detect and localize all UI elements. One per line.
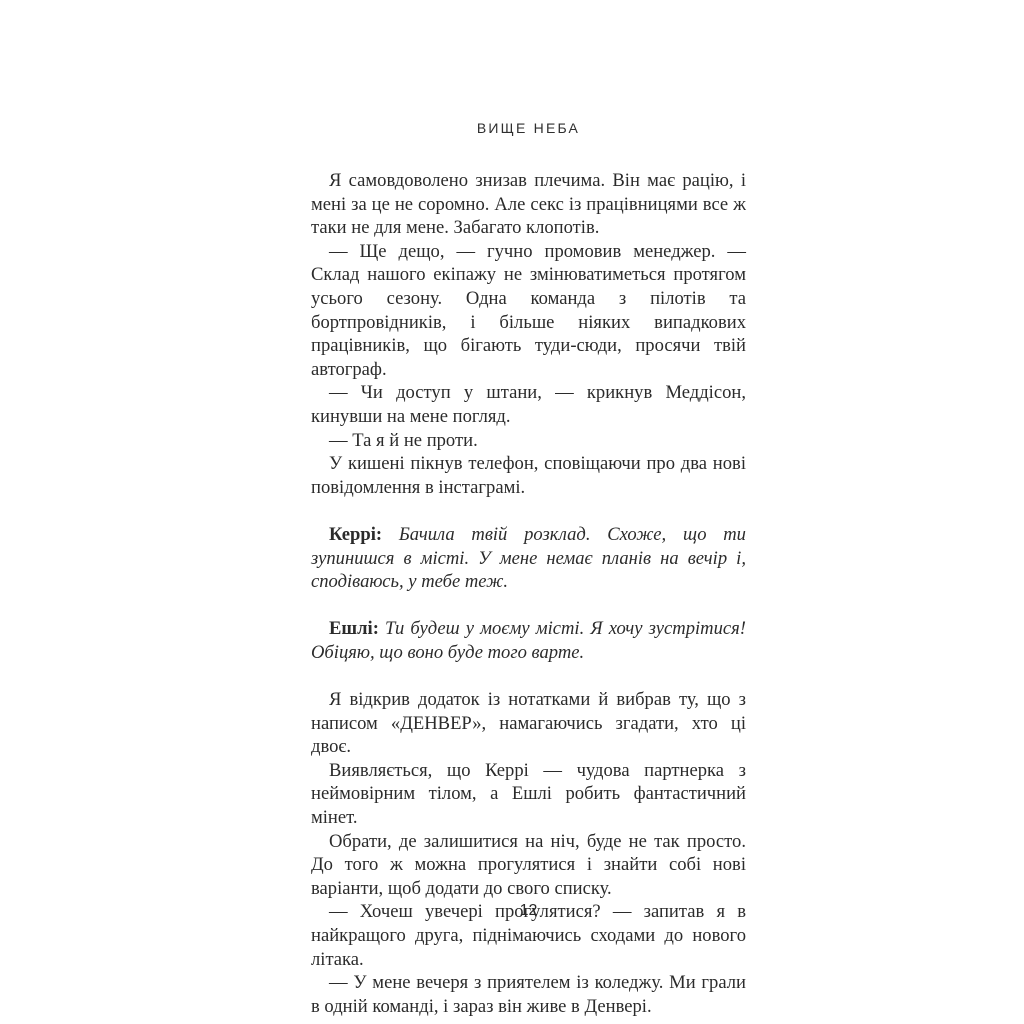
- book-page: ВИЩЕ НЕБА Я самовдоволено знизав плечима…: [311, 0, 746, 1024]
- paragraph: — Ще дещо, — гучно промовив менеджер. — …: [311, 240, 746, 382]
- paragraph: Виявляється, що Керрі — чудова партнерка…: [311, 759, 746, 830]
- page-number: 12: [311, 902, 746, 920]
- message-sender: Керрі:: [329, 524, 382, 545]
- paragraph: Обрати, де залишитися на ніч, буде не та…: [311, 830, 746, 901]
- paragraph: — Чи доступ у штани, — крикнув Меддісон,…: [311, 381, 746, 428]
- paragraph: Я відкрив додаток із нотатками й вибрав …: [311, 688, 746, 759]
- message-kerri: Керрі: Бачила твій розклад. Схоже, що ти…: [311, 523, 746, 594]
- message-sender: Ешлі:: [329, 618, 379, 639]
- spacer: [311, 594, 746, 618]
- paragraph: Я самовдоволено знизав плечима. Він має …: [311, 169, 746, 240]
- message-ashley: Ешлі: Ти будеш у моєму місті. Я хочу зус…: [311, 617, 746, 664]
- running-head: ВИЩЕ НЕБА: [311, 120, 746, 136]
- paragraph: — Та я й не проти.: [311, 429, 746, 453]
- spacer: [311, 664, 746, 688]
- spacer: [311, 499, 746, 523]
- body-text: Я самовдоволено знизав плечима. Він має …: [311, 169, 746, 1018]
- paragraph: — У мене вечеря з приятелем із коледжу. …: [311, 971, 746, 1018]
- paragraph: У кишені пікнув телефон, сповіщаючи про …: [311, 452, 746, 499]
